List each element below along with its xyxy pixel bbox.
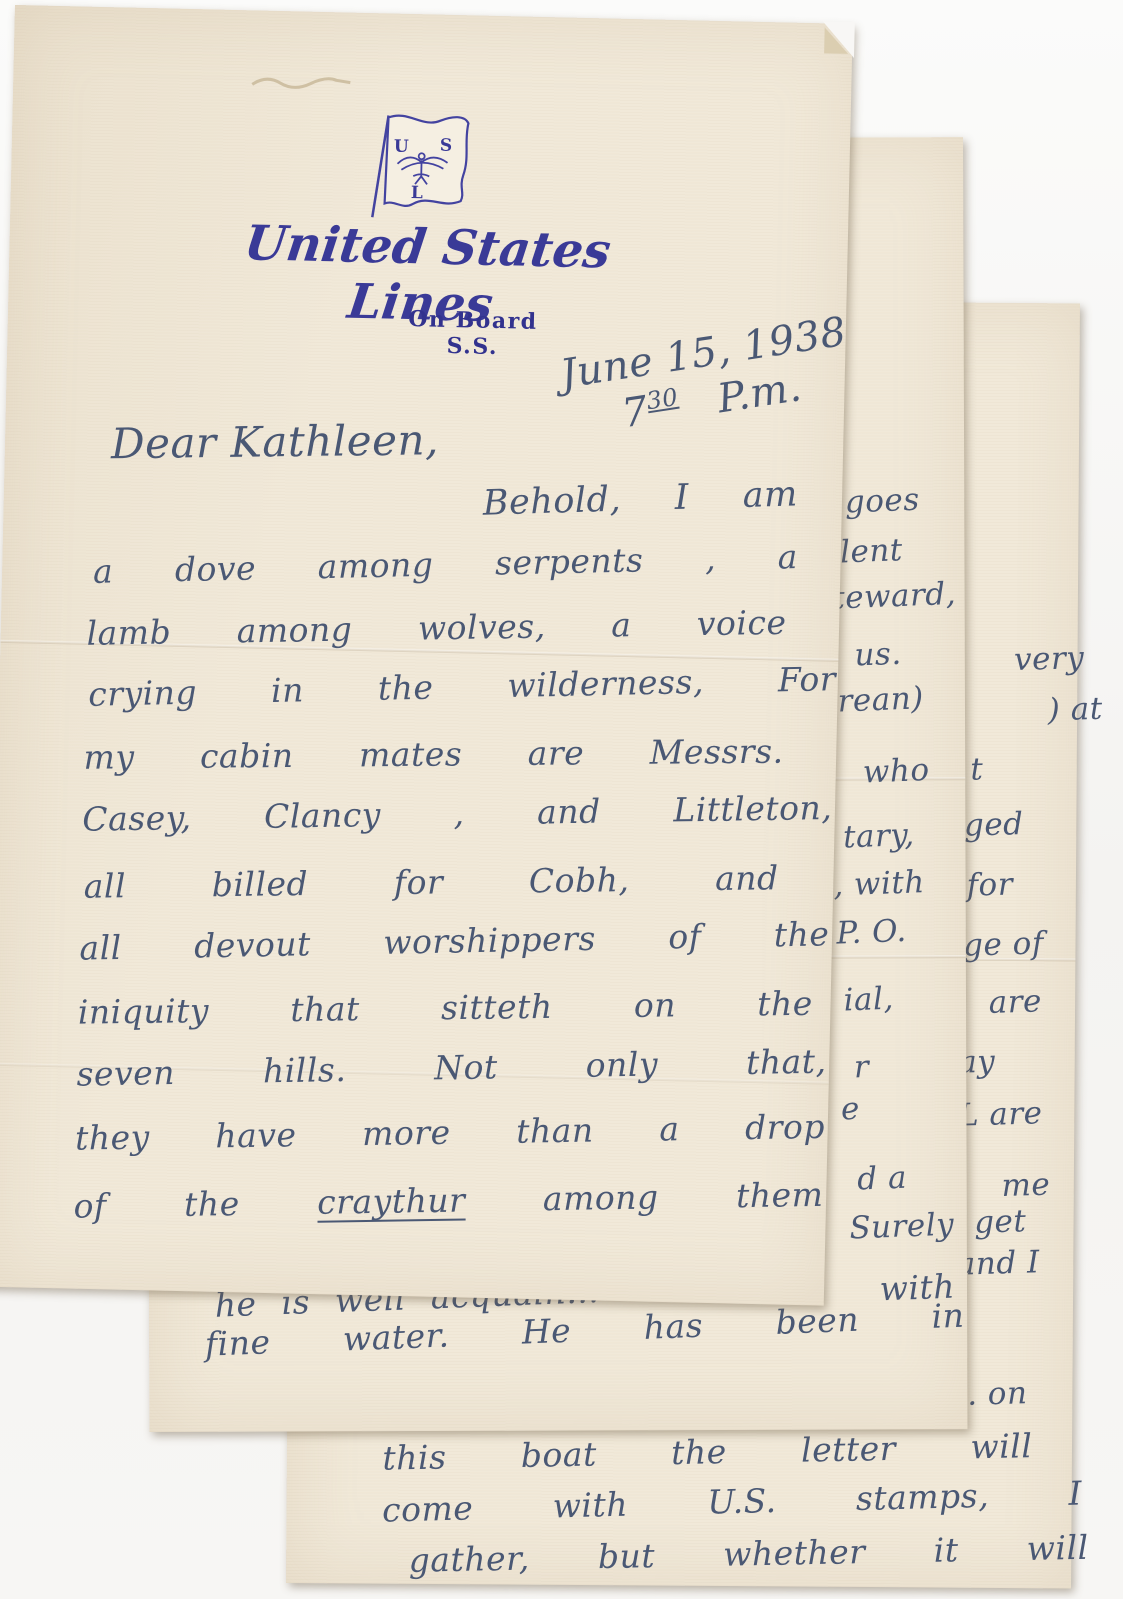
- handwriting-line: gather, but whether it will: [408, 1528, 1089, 1580]
- handwriting-line: come with U.S. stamps, I: [382, 1474, 1083, 1530]
- time-minutes: 30: [645, 383, 680, 415]
- handwriting-line: all billed for Cobh, and: [83, 858, 778, 905]
- salutation: Dear Kathleen,: [111, 415, 439, 468]
- handwriting-fragment: t: [970, 751, 984, 787]
- handwriting-fragment: me: [1001, 1167, 1051, 1204]
- handwriting-fragment: Surely: [849, 1207, 955, 1247]
- staple-mark: [248, 68, 359, 96]
- handwriting-line: a dove among serpents , a: [93, 537, 799, 591]
- handwriting-fragment: e: [840, 1091, 860, 1128]
- handwriting-line: lamb among wolves, a voice: [86, 603, 787, 653]
- handwriting-line: they have more than a drop: [75, 1107, 826, 1158]
- letter-page-1: U S L United States Lines On Board S.S. …: [0, 5, 853, 1306]
- handwriting-line: crying in the wilderness, For: [88, 659, 837, 714]
- handwriting-line: this boat the letter will: [382, 1426, 1033, 1477]
- handwriting-fragment: ge of: [963, 925, 1045, 963]
- handwriting-line: Behold, I am: [482, 474, 798, 523]
- handwriting-fragment: ) at: [1047, 691, 1103, 729]
- handwriting-line: of the craythur among them: [73, 1175, 824, 1226]
- handwriting-fragment: for: [966, 866, 1013, 903]
- usl-flag-icon: U S L: [362, 111, 485, 226]
- handwriting-fragment: are: [988, 983, 1042, 1020]
- handwriting-fragment: tary,: [842, 817, 915, 856]
- handwriting-fragment: goes: [844, 482, 920, 521]
- svg-text:L: L: [411, 183, 423, 203]
- handwriting-fragment: and I: [956, 1244, 1040, 1282]
- underlined-word: craythur: [317, 1180, 466, 1221]
- handwriting-fragment: rean): [837, 680, 925, 719]
- handwriting-fragment: who: [862, 752, 930, 791]
- page-corner-fold: [824, 27, 849, 54]
- handwriting-fragment: ged: [963, 806, 1024, 844]
- handwriting-fragment: , with: [833, 864, 926, 903]
- handwriting-fragment: lent: [839, 532, 903, 570]
- handwriting-fragment: teward,: [832, 576, 957, 617]
- handwriting-fragment: P. O.: [836, 913, 908, 952]
- time-meridiem: P.m.: [715, 364, 805, 422]
- handwriting-fragment: L are: [957, 1095, 1043, 1133]
- handwriting-fragment: us.: [854, 636, 903, 674]
- handwriting-fragment: r: [853, 1049, 870, 1086]
- handwriting-line: Casey, Clancy , and Littleton,: [82, 788, 833, 839]
- svg-text:U: U: [394, 137, 409, 157]
- handwriting-fragment: get: [974, 1203, 1027, 1240]
- svg-text:S: S: [440, 136, 453, 156]
- line-pre: of the: [73, 1184, 240, 1226]
- onboard-ss-label: On Board S.S.: [382, 305, 563, 361]
- line-post: among them: [543, 1175, 824, 1218]
- handwriting-fragment: d a: [857, 1160, 908, 1198]
- handwriting-line: my cabin mates are Messrs.: [83, 732, 783, 777]
- handwriting-line: all devout worshippers of the: [79, 914, 830, 967]
- handwriting-line: iniquity that sitteth on the: [78, 984, 813, 1032]
- handwriting-fragment: ial,: [843, 981, 895, 1019]
- handwriting-line: seven hills. Not only that,: [76, 1042, 827, 1094]
- handwriting-fragment: very: [1014, 640, 1085, 678]
